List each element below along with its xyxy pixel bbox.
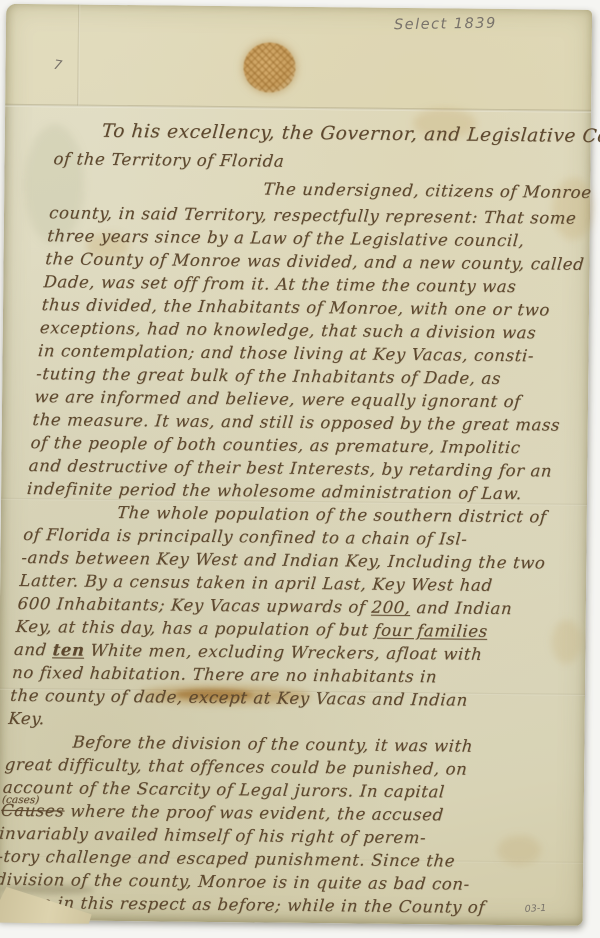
handwritten-line: The undersigned, citizens of Monroe bbox=[262, 176, 600, 208]
handwritten-line: indefinite period the wholesome administ… bbox=[26, 477, 578, 506]
document-page: Select 1839 7 To his excellency, the Gov… bbox=[0, 4, 592, 926]
salutation-line: of the Territory of Florida bbox=[52, 145, 600, 179]
archival-label: Select 1839 bbox=[394, 16, 497, 34]
wafer-seal-icon bbox=[243, 42, 296, 93]
underlined-word: ten bbox=[52, 640, 85, 659]
fold-band bbox=[5, 4, 592, 111]
underlined-word: 200, bbox=[371, 598, 412, 617]
correction-word: (cases) bbox=[1, 789, 40, 812]
page-pencil-mark: 03-1 bbox=[524, 903, 546, 915]
underlined-word: four families bbox=[374, 621, 489, 641]
struck-word: (cases)Causes bbox=[0, 801, 65, 821]
handwritten-text: To his excellency, the Governor, and Leg… bbox=[0, 116, 600, 919]
